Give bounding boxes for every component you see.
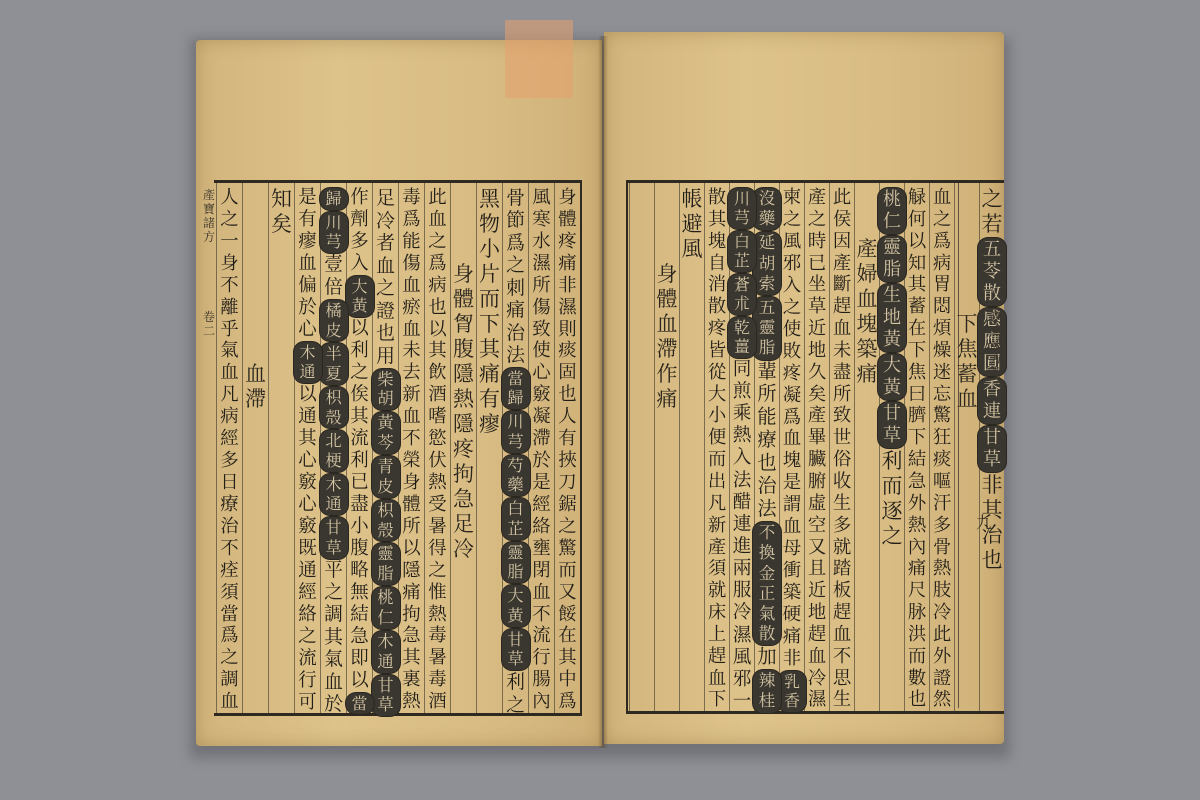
character: 柬 bbox=[783, 187, 801, 209]
character: 散 bbox=[708, 296, 726, 318]
text-column: 觮何以知其蓄在下焦曰臍下結急外熱內痛尺脉洪而數也 bbox=[904, 183, 929, 711]
character: 之 bbox=[882, 524, 903, 549]
character: 法 bbox=[733, 470, 752, 492]
character: 坐 bbox=[808, 274, 826, 296]
character: 甘 bbox=[325, 518, 341, 538]
character: 忘 bbox=[933, 384, 951, 406]
character: 新 bbox=[708, 515, 726, 537]
character: 仁 bbox=[377, 608, 393, 628]
character: 甘 bbox=[883, 403, 901, 425]
character: 暑 bbox=[428, 647, 446, 669]
character: 然 bbox=[933, 689, 951, 711]
text-column: 足冷者血之證也用柴胡黃芩青皮枳殼靈脂桃仁木通甘草 bbox=[372, 183, 398, 713]
section-heading: 身體胷腹隱熱隱疼拘急足冷 bbox=[453, 262, 474, 562]
text-column: 歸川芎壹倍橘皮半夏枳殼北梗木通甘草平之調其氣血於 bbox=[320, 183, 346, 713]
character: 便 bbox=[708, 427, 726, 449]
character: 塊 bbox=[857, 312, 878, 337]
character: 服 bbox=[733, 580, 752, 602]
character: 塊 bbox=[708, 231, 726, 253]
character: 近 bbox=[808, 318, 826, 340]
character: 驚 bbox=[933, 405, 951, 427]
character: 凡 bbox=[708, 493, 726, 515]
character: 閉 bbox=[532, 560, 550, 582]
character: 痰 bbox=[558, 340, 576, 362]
character: 床 bbox=[708, 602, 726, 624]
character: 乎 bbox=[220, 319, 238, 341]
character: 流 bbox=[532, 625, 550, 647]
character: 輩 bbox=[757, 361, 776, 384]
character: 隱 bbox=[453, 362, 474, 387]
character: 通 bbox=[325, 494, 341, 514]
character: 非 bbox=[783, 648, 801, 670]
character: 之 bbox=[933, 209, 951, 231]
character: 疼 bbox=[708, 318, 726, 340]
character: 風 bbox=[532, 187, 550, 209]
character: 日 bbox=[220, 472, 238, 494]
character: 芷 bbox=[507, 519, 523, 539]
text-run: 身體疼痛非濕則痰固也人有挾刀鋸之驚而又餒在其中爲 bbox=[558, 187, 576, 713]
character: 芎 bbox=[734, 208, 750, 227]
character: 脉 bbox=[908, 602, 926, 624]
character: 就 bbox=[833, 537, 851, 559]
character: 產 bbox=[808, 187, 826, 209]
character: 又 bbox=[558, 582, 576, 604]
character: 血 bbox=[783, 516, 801, 538]
character: 靈 bbox=[377, 544, 393, 564]
character: 身 bbox=[558, 187, 576, 209]
character: 物 bbox=[479, 212, 500, 237]
character: 爲 bbox=[220, 625, 238, 647]
character: 之 bbox=[324, 582, 343, 604]
character: 通 bbox=[298, 406, 316, 428]
character: 中 bbox=[558, 669, 576, 691]
character: 而 bbox=[908, 646, 926, 668]
character: 而 bbox=[558, 560, 576, 582]
text-run: 此侯因產斷趕血未盡所致世俗收生多就踏板趕血不思生 bbox=[833, 187, 851, 711]
character: 其 bbox=[708, 209, 726, 231]
character: 治 bbox=[757, 475, 776, 498]
text-run: 利而逐之 bbox=[882, 449, 903, 549]
character: 不 bbox=[220, 538, 238, 560]
character: 方 bbox=[990, 352, 1002, 366]
text-run: 產之時已坐草近地久矣產畢臟腑虛空又且近地趕血冷濕 bbox=[808, 187, 826, 711]
character: 刀 bbox=[558, 472, 576, 494]
character: 汗 bbox=[933, 493, 951, 515]
character: 此 bbox=[428, 187, 446, 209]
character: 邪 bbox=[783, 253, 801, 275]
medicine-name-cartouche: 甘草 bbox=[878, 402, 906, 448]
text-column: 沒藥延胡索五靈脂輩所能療也治法不換金正氣散加辣桂 bbox=[754, 183, 779, 711]
character: 出 bbox=[708, 471, 726, 493]
character: 多 bbox=[833, 515, 851, 537]
character: 外 bbox=[933, 646, 951, 668]
character: 拘 bbox=[453, 462, 474, 487]
character: 世 bbox=[833, 427, 851, 449]
character: 產 bbox=[833, 253, 851, 275]
character: 從 bbox=[708, 362, 726, 384]
character: 內 bbox=[908, 537, 926, 559]
character: 消 bbox=[708, 274, 726, 296]
character: 梗 bbox=[325, 451, 341, 471]
character: 熱 bbox=[453, 387, 474, 412]
character: 所 bbox=[833, 384, 851, 406]
character: 硬 bbox=[783, 604, 801, 626]
text-column: 作劑多入大黃以利之俟其流利已盡小腹略無結急即以當 bbox=[346, 183, 372, 713]
character: 趕 bbox=[808, 624, 826, 646]
character: 侯 bbox=[833, 209, 851, 231]
character: 氣 bbox=[220, 340, 238, 362]
character: 寒 bbox=[532, 209, 550, 231]
character: 既 bbox=[298, 538, 316, 560]
character: 黃 bbox=[883, 377, 901, 399]
character: 拘 bbox=[402, 604, 420, 626]
character: 草 bbox=[507, 649, 523, 669]
character: 氣 bbox=[324, 649, 343, 671]
character: 木 bbox=[325, 475, 341, 495]
text-run: 觮何以知其蓄在下焦曰臍下結急外熱內痛尺脉洪而數也 bbox=[908, 187, 926, 711]
character: 皮 bbox=[377, 477, 393, 497]
character: 沒 bbox=[759, 189, 776, 209]
medicine-name-cartouche: 靈脂 bbox=[372, 543, 400, 585]
medicine-name-cartouche: 靈脂 bbox=[878, 236, 906, 282]
character: 濕 bbox=[733, 625, 752, 647]
medicine-name-cartouche: 白芷 bbox=[502, 498, 530, 540]
character: 殼 bbox=[325, 408, 341, 428]
character: 脂 bbox=[883, 259, 901, 281]
character: 以 bbox=[428, 319, 446, 341]
character: 地 bbox=[883, 307, 901, 329]
character: 兩 bbox=[733, 558, 752, 580]
character: 桂 bbox=[759, 691, 776, 711]
character: 而 bbox=[479, 287, 500, 312]
character: 芩 bbox=[377, 433, 393, 453]
character: 痛 bbox=[479, 362, 500, 387]
character: 半 bbox=[325, 344, 341, 364]
character: 隱 bbox=[402, 560, 420, 582]
character: 證 bbox=[376, 300, 395, 323]
text-run: 散其塊自消散疼皆從大小便而出凡新產須就床上趕血下 bbox=[708, 187, 726, 711]
character: 寶 bbox=[203, 202, 215, 216]
character: 急 bbox=[350, 626, 368, 648]
medicine-name-cartouche: 北梗 bbox=[320, 430, 348, 471]
character: 血 bbox=[324, 672, 343, 694]
medicine-name-cartouche: 生地黃 bbox=[878, 284, 906, 352]
character: 之 bbox=[506, 254, 525, 276]
character: 凡 bbox=[220, 384, 238, 406]
character: 乳 bbox=[784, 672, 800, 691]
character: 索 bbox=[759, 274, 776, 294]
character: 生 bbox=[833, 689, 851, 711]
medicine-name-cartouche: 沒藥 bbox=[753, 188, 781, 230]
character: 瘀 bbox=[402, 297, 420, 319]
character: 觮 bbox=[908, 187, 926, 209]
character: 金 bbox=[759, 564, 776, 584]
character: 靈 bbox=[883, 237, 901, 259]
character: 其 bbox=[558, 647, 576, 669]
character: 其 bbox=[298, 428, 316, 450]
character: 近 bbox=[808, 580, 826, 602]
character: 靈 bbox=[507, 543, 523, 563]
character: 之 bbox=[783, 209, 801, 231]
character: 俗 bbox=[833, 449, 851, 471]
character: 進 bbox=[733, 536, 752, 558]
character: 熱 bbox=[908, 515, 926, 537]
character: 知 bbox=[271, 187, 292, 212]
character: 產 bbox=[808, 405, 826, 427]
text-column: 血滯 bbox=[242, 183, 268, 713]
character: 致 bbox=[532, 319, 550, 341]
character: 血 bbox=[933, 187, 951, 209]
character: 連 bbox=[733, 514, 752, 536]
text-run: 加 bbox=[757, 646, 776, 669]
character: 川 bbox=[734, 189, 750, 208]
left-fold-margin-label-bottom: 卷二 bbox=[203, 310, 215, 338]
medicine-name-cartouche: 白芷 bbox=[728, 231, 756, 272]
character: 因 bbox=[833, 231, 851, 253]
character: 治 bbox=[220, 516, 238, 538]
character: 有 bbox=[558, 428, 576, 450]
character: 柴 bbox=[377, 370, 393, 390]
text-run: 知矣 bbox=[271, 187, 292, 237]
medicine-name-cartouche: 蒼朮 bbox=[728, 274, 756, 315]
right-page-columns: 之若五苓散感應圓香連甘草非其治也下焦蓄血血之爲病胃悶煩燥迷忘驚狂痰嘔汗多骨熱肢冷… bbox=[629, 183, 1004, 711]
character: 不 bbox=[759, 523, 776, 543]
character: 甘 bbox=[507, 630, 523, 650]
character: 盡 bbox=[833, 362, 851, 384]
character: 血 bbox=[833, 318, 851, 340]
character: 冷 bbox=[733, 602, 752, 624]
character: 卷 bbox=[203, 310, 215, 324]
character: 藥 bbox=[507, 475, 523, 495]
character: 竅 bbox=[298, 472, 316, 494]
character: 爲 bbox=[428, 253, 446, 275]
character: 急 bbox=[453, 487, 474, 512]
text-run: 毒爲能傷血瘀血未去新血不榮身體所以隱痛拘急其裏熱 bbox=[402, 187, 420, 713]
character: 皆 bbox=[708, 340, 726, 362]
medicine-name-cartouche: 辣桂 bbox=[753, 670, 781, 712]
character: 築 bbox=[783, 582, 801, 604]
character: 調 bbox=[220, 669, 238, 691]
character: 香 bbox=[784, 691, 800, 710]
character: 產 bbox=[203, 188, 215, 202]
character: 換 bbox=[759, 543, 776, 563]
text-column: 此侯因產斷趕血未盡所致世俗收生多就踏板趕血不思生 bbox=[829, 183, 854, 711]
character: 而 bbox=[882, 474, 903, 499]
character: 經 bbox=[298, 582, 316, 604]
character: 血 bbox=[402, 406, 420, 428]
character: 洪 bbox=[908, 624, 926, 646]
character: 腹 bbox=[350, 538, 368, 560]
character: 有 bbox=[479, 387, 500, 412]
character: 身 bbox=[657, 262, 678, 287]
text-run: 人之一身不離乎氣血凡病經多日療治不痊須當爲之調血 bbox=[220, 187, 238, 713]
character: 也 bbox=[376, 322, 395, 345]
character: 者 bbox=[376, 232, 395, 255]
text-run: 以利之俟其流利已盡小腹略無結急即以 bbox=[350, 318, 368, 692]
character: 骨 bbox=[506, 187, 525, 209]
character: 竅 bbox=[532, 384, 550, 406]
section-heading: 產婦血塊築痛 bbox=[857, 237, 878, 387]
character: 血 bbox=[402, 319, 420, 341]
character: 結 bbox=[908, 449, 926, 471]
character: 木 bbox=[377, 632, 393, 652]
character: 血 bbox=[402, 275, 420, 297]
character: 諸 bbox=[990, 338, 1002, 352]
character: 用 bbox=[376, 345, 395, 368]
character: 脂 bbox=[507, 562, 523, 582]
character: 裏 bbox=[402, 669, 420, 691]
character: 挾 bbox=[558, 450, 576, 472]
text-run: 黑物小片而下其痛有瘳 bbox=[479, 187, 500, 437]
character: 臟 bbox=[808, 449, 826, 471]
text-run: 風寒水濕所傷致使心竅凝滯於是經絡壅閉血不流行腸內 bbox=[532, 187, 550, 713]
character: 之 bbox=[298, 626, 316, 648]
character: 是 bbox=[298, 187, 316, 209]
character: 酒 bbox=[428, 384, 446, 406]
character: 水 bbox=[532, 231, 550, 253]
character: 多 bbox=[350, 231, 368, 253]
character: 於 bbox=[532, 450, 550, 472]
text-column: 產之時已坐草近地久矣產畢臟腑虛空又且近地趕血冷濕 bbox=[804, 183, 829, 711]
character: 毒 bbox=[402, 187, 420, 209]
character: 冷 bbox=[933, 602, 951, 624]
character: 血 bbox=[783, 428, 801, 450]
character: 而 bbox=[708, 449, 726, 471]
character: 痛 bbox=[908, 558, 926, 580]
character: 之 bbox=[783, 297, 801, 319]
character: 滯 bbox=[532, 428, 550, 450]
character: 皮 bbox=[325, 321, 341, 341]
character: 其 bbox=[350, 406, 368, 428]
character: 不 bbox=[220, 275, 238, 297]
character: 思 bbox=[833, 668, 851, 690]
character: 結 bbox=[350, 604, 368, 626]
character: 腹 bbox=[453, 337, 474, 362]
character: 大 bbox=[708, 384, 726, 406]
character: 黃 bbox=[352, 296, 368, 315]
character: 風 bbox=[682, 237, 703, 262]
character: 不 bbox=[532, 604, 550, 626]
medicine-name-cartouche: 延胡索 bbox=[753, 232, 781, 295]
text-column: 毒爲能傷血瘀血未去新血不榮身體所以隱痛拘急其裏熱 bbox=[398, 183, 424, 713]
character: 使 bbox=[532, 340, 550, 362]
character: 空 bbox=[808, 515, 826, 537]
character: 臍 bbox=[908, 405, 926, 427]
character: 血 bbox=[220, 691, 238, 713]
medicine-name-cartouche: 枳殼 bbox=[372, 500, 400, 542]
character: 在 bbox=[908, 318, 926, 340]
character: 小 bbox=[708, 405, 726, 427]
character: 瘳 bbox=[298, 231, 316, 253]
character: 踏 bbox=[833, 558, 851, 580]
character: 築 bbox=[857, 337, 878, 362]
character: 飲 bbox=[428, 362, 446, 384]
character: 散 bbox=[759, 624, 776, 644]
character: 疼 bbox=[558, 231, 576, 253]
character: 卷 bbox=[990, 366, 1002, 380]
leaf-number: 九 bbox=[976, 510, 992, 533]
book-gutter bbox=[598, 36, 608, 748]
character: 非 bbox=[558, 275, 576, 297]
character: 收 bbox=[833, 471, 851, 493]
character: 熱 bbox=[428, 472, 446, 494]
text-run: 作劑多入 bbox=[350, 187, 368, 275]
text-run: 帳避風 bbox=[682, 187, 703, 262]
character: 之 bbox=[350, 362, 368, 384]
character: 新 bbox=[402, 384, 420, 406]
medicine-name-cartouche: 甘草 bbox=[320, 517, 348, 558]
character: 其 bbox=[479, 337, 500, 362]
character: 血 bbox=[376, 255, 395, 278]
character: 何 bbox=[908, 209, 926, 231]
character: 氣 bbox=[759, 604, 776, 624]
text-run: 柬之風邪入之使敗疼凝爲血塊是謂血母衝築硬痛非 bbox=[783, 187, 801, 670]
character: 已 bbox=[808, 253, 826, 275]
character: 痛 bbox=[506, 299, 525, 321]
character: 仁 bbox=[883, 211, 901, 233]
character: 草 bbox=[377, 695, 393, 715]
character: 胡 bbox=[377, 389, 393, 409]
character: 其 bbox=[402, 647, 420, 669]
character: 體 bbox=[453, 287, 474, 312]
character: 痰 bbox=[933, 449, 951, 471]
character: 法 bbox=[757, 498, 776, 521]
character: 蓄 bbox=[908, 296, 926, 318]
character: 木 bbox=[300, 343, 316, 362]
character: 倍 bbox=[324, 277, 343, 299]
character: 上 bbox=[708, 624, 726, 646]
left-fold-margin-label-top: 產寶諸方 bbox=[203, 188, 215, 244]
medicine-name-cartouche: 大黃 bbox=[502, 585, 530, 627]
character: 入 bbox=[783, 275, 801, 297]
character: 痛 bbox=[783, 626, 801, 648]
character: 毒 bbox=[428, 669, 446, 691]
character: 畢 bbox=[808, 427, 826, 449]
character: 偏 bbox=[298, 275, 316, 297]
character: 身 bbox=[220, 253, 238, 275]
medicine-name-cartouche: 木通 bbox=[372, 631, 400, 673]
character: 濕 bbox=[558, 297, 576, 319]
character: 身 bbox=[453, 262, 474, 287]
character: 諸 bbox=[203, 216, 215, 230]
medicine-name-cartouche: 黃芩 bbox=[372, 412, 400, 454]
character: 斷 bbox=[833, 274, 851, 296]
medicine-name-cartouche: 五靈脂 bbox=[753, 297, 781, 360]
medicine-name-cartouche: 當 bbox=[346, 693, 374, 714]
character: 調 bbox=[324, 604, 343, 626]
character: 虛 bbox=[808, 493, 826, 515]
character: 歸 bbox=[507, 388, 523, 408]
character: 伏 bbox=[428, 450, 446, 472]
text-column: 身體血滯作痛 bbox=[654, 183, 679, 711]
character: 體 bbox=[402, 494, 420, 516]
character: 生 bbox=[883, 285, 901, 307]
character: 痛 bbox=[857, 362, 878, 387]
character: 不 bbox=[833, 646, 851, 668]
character: 之 bbox=[428, 560, 446, 582]
character: 衝 bbox=[783, 560, 801, 582]
character: 時 bbox=[808, 231, 826, 253]
character: 酒 bbox=[428, 691, 446, 713]
character: 小 bbox=[479, 237, 500, 262]
medicine-name-cartouche: 川芎 bbox=[502, 411, 530, 453]
text-column: 身體疼痛非濕則痰固也人有挾刀鋸之驚而又餒在其中爲 bbox=[554, 183, 580, 713]
medicine-name-cartouche: 當歸 bbox=[502, 368, 530, 410]
character: 同 bbox=[733, 359, 752, 381]
medicine-name-cartouche: 大黃 bbox=[346, 276, 374, 317]
text-run: 以通其心竅心竅既通經絡之流行可 bbox=[298, 384, 316, 714]
medicine-name-cartouche: 半夏 bbox=[320, 343, 348, 384]
